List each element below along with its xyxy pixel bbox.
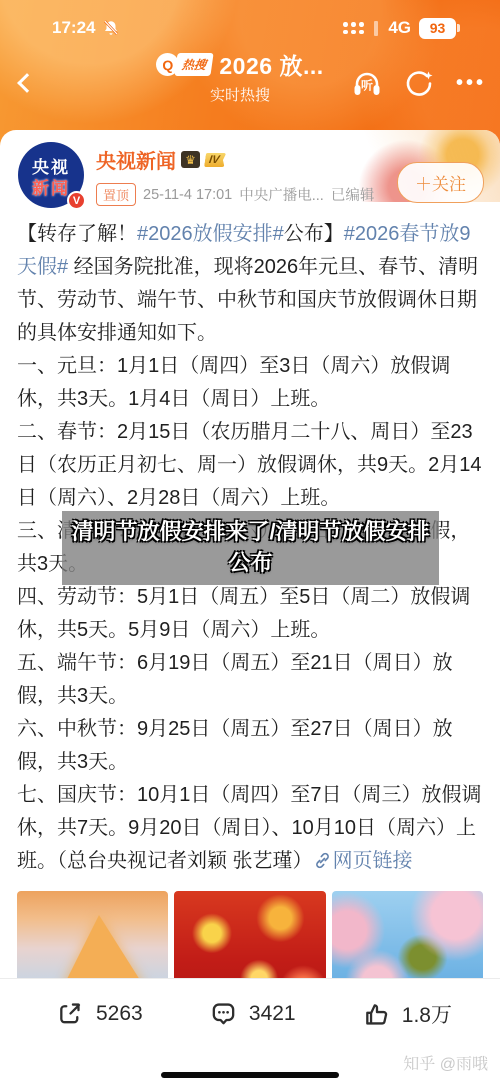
share-count: 5263 bbox=[96, 1002, 143, 1026]
battery-icon: 93 bbox=[419, 18, 456, 39]
share-icon bbox=[56, 999, 85, 1028]
hashtag-link[interactable]: #2026放假安排# bbox=[137, 223, 284, 245]
nav-bar: Q 热搜 2026 放... 实时热搜 听 bbox=[0, 46, 500, 124]
verified-badge: V bbox=[67, 191, 86, 210]
listen-button[interactable]: 听 bbox=[348, 64, 386, 102]
watermark: 知乎 @雨哦 bbox=[403, 1051, 488, 1074]
post-timestamp: 25-11-4 17:01 bbox=[143, 187, 232, 203]
hot-search-header[interactable]: Q 热搜 2026 放... 实时热搜 bbox=[130, 48, 350, 105]
network-type: 4G bbox=[388, 18, 411, 38]
app-header: 17:24 4G 93 Q 热搜 2026 放.. bbox=[0, 0, 500, 146]
like-count: 1.8万 bbox=[402, 999, 452, 1029]
author-name[interactable]: 央视新闻 bbox=[96, 145, 176, 174]
post-text-segment: 【转存了解！ bbox=[17, 223, 137, 245]
more-icon: ••• bbox=[456, 72, 486, 94]
follow-button[interactable]: ＋关注 bbox=[397, 162, 484, 203]
crown-badge: ♛ bbox=[181, 151, 200, 168]
like-icon bbox=[362, 1000, 391, 1029]
like-button[interactable]: 1.8万 bbox=[362, 999, 452, 1029]
hot-search-icon: Q 热搜 bbox=[156, 53, 212, 76]
post-card: 央视 新闻 V 央视新闻 ♛ IV 置顶 25-11-4 17:01 中央广播电… bbox=[0, 130, 500, 1065]
back-chevron-icon bbox=[17, 73, 37, 93]
overlay-caption: 清明节放假安排来了/清明节放假安排公布 bbox=[62, 511, 439, 585]
search-subtitle: 实时热搜 bbox=[130, 84, 350, 105]
comment-button[interactable]: 3421 bbox=[209, 999, 296, 1028]
pinned-badge: 置顶 bbox=[96, 183, 136, 206]
bell-muted-icon bbox=[102, 19, 119, 37]
hot-search-badge: 热搜 bbox=[175, 53, 214, 76]
back-button[interactable] bbox=[12, 66, 46, 100]
share-button[interactable]: 5263 bbox=[56, 999, 143, 1028]
weibo-post-screen: 17:24 4G 93 Q 热搜 2026 放.. bbox=[0, 0, 500, 1087]
card-header: 央视 新闻 V 央视新闻 ♛ IV 置顶 25-11-4 17:01 中央广播电… bbox=[0, 130, 500, 208]
refresh-button[interactable] bbox=[400, 64, 438, 102]
post-source: 中央广播电... bbox=[239, 184, 324, 205]
more-button[interactable]: ••• bbox=[452, 64, 490, 102]
avatar[interactable]: 央视 新闻 V bbox=[18, 142, 84, 208]
signal-secondary-icon bbox=[374, 21, 378, 36]
vip-level-badge: IV bbox=[204, 153, 226, 167]
link-icon bbox=[313, 851, 332, 870]
web-link[interactable]: 网页链接 bbox=[313, 850, 413, 872]
refresh-icon bbox=[400, 64, 438, 102]
edited-label: 已编辑 bbox=[331, 184, 375, 205]
comment-icon bbox=[209, 999, 238, 1028]
signal-icon bbox=[343, 22, 364, 34]
status-bar: 17:24 4G 93 bbox=[0, 0, 500, 46]
clock-time: 17:24 bbox=[52, 18, 95, 38]
search-topic-title: 2026 放... bbox=[219, 48, 323, 81]
comment-count: 3421 bbox=[249, 1002, 296, 1026]
home-indicator[interactable] bbox=[161, 1072, 339, 1078]
post-text-segment: 公布】 bbox=[284, 223, 344, 245]
